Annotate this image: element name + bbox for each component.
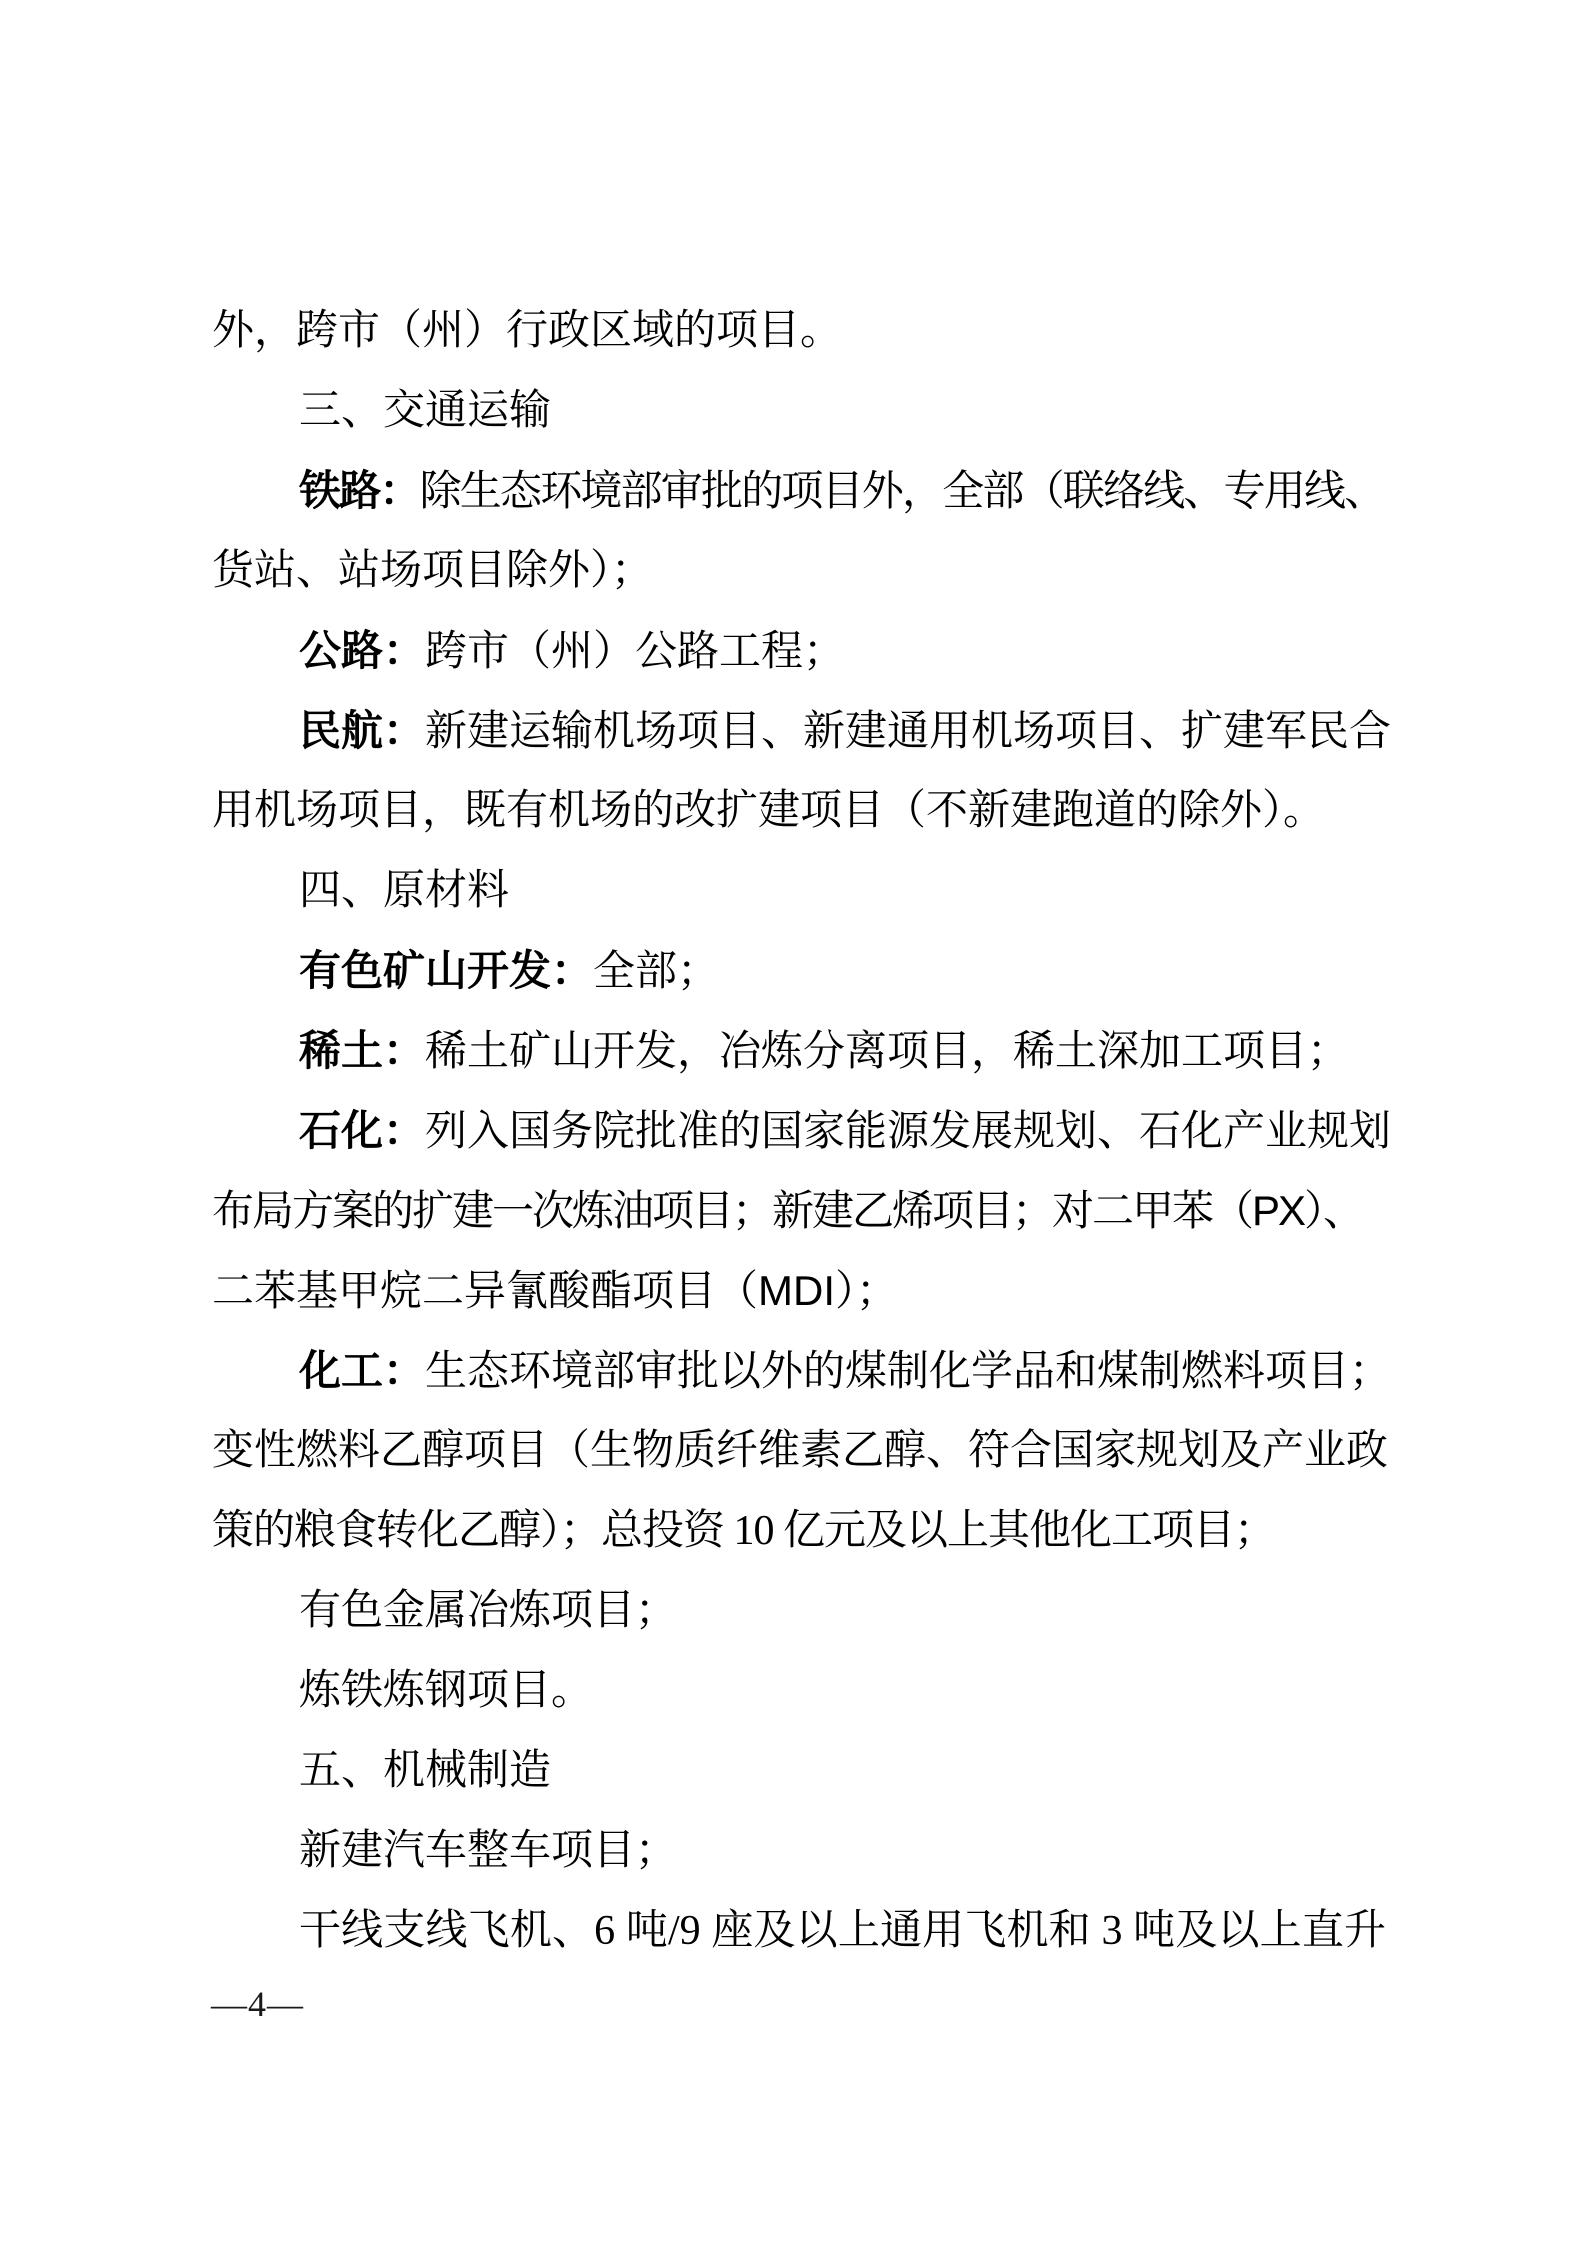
text-segment: 三、交通运输 (299, 388, 551, 434)
text-segment: 除生态环境部审批的项目外，全部（联络线、专用线、 (420, 469, 1385, 515)
text-segment: MDI (758, 1267, 835, 1314)
text-segment: 用机场项目，既有机场的改扩建项目（不新建跑道的除外）。 (212, 788, 1325, 834)
text-line: 化工：生态环境部审批以外的煤制化学品和煤制燃料项目； (212, 1331, 1386, 1411)
text-line: 外，跨市（州）行政区域的项目。 (212, 291, 1386, 371)
text-segment: 生态环境部审批以外的煤制化学品和煤制燃料项目； (425, 1349, 1391, 1395)
text-segment: 二苯基甲烷二异氰酸酯项目（ (212, 1269, 758, 1315)
text-line: 炼铁炼钢项目。 (212, 1651, 1386, 1731)
text-line: 货站、站场项目除外）； (212, 531, 1386, 611)
lead-in-term: 铁路： (299, 467, 420, 514)
text-segment: 新建运输机场项目、新建通用机场项目、扩建军民合 (425, 709, 1391, 755)
text-line: 稀土：稀土矿山开发，冶炼分离项目，稀土深加工项目； (212, 1011, 1386, 1091)
text-line: 五、机械制造 (212, 1731, 1386, 1811)
text-segment: 列入国务院批准的国家能源发展规划、石化产业规划 (425, 1109, 1391, 1155)
text-line: 有色金属冶炼项目； (212, 1571, 1386, 1651)
lead-in-term: 民航： (299, 707, 425, 754)
page-number: —4— (211, 1982, 304, 2026)
text-line: 用机场项目，既有机场的改扩建项目（不新建跑道的除外）。 (212, 771, 1386, 851)
text-line: 三、交通运输 (212, 371, 1386, 451)
text-line: 变性燃料乙醇项目（生物质纤维素乙醇、符合国家规划及产业政 (212, 1411, 1386, 1491)
lead-in-term: 有色矿山开发： (299, 947, 593, 994)
text-line: 石化：列入国务院批准的国家能源发展规划、石化产业规划 (212, 1091, 1386, 1171)
text-line: 铁路：除生态环境部审批的项目外，全部（联络线、专用线、 (212, 451, 1386, 531)
text-line: 新建汽车整车项目； (212, 1811, 1386, 1891)
text-segment: PX (1252, 1187, 1304, 1234)
text-segment: 炼铁炼钢项目。 (299, 1668, 593, 1714)
lead-in-term: 化工： (299, 1347, 425, 1394)
text-segment: 全部； (593, 949, 719, 995)
text-line: 四、原材料 (212, 851, 1386, 931)
text-segment: 干线支线飞机、6 吨/9 座及以上通用飞机和 3 吨及以上直升 (299, 1908, 1386, 1954)
text-segment: 有色金属冶炼项目； (299, 1588, 677, 1634)
text-line: 策的粮食转化乙醇）；总投资 10 亿元及以上其他化工项目； (212, 1491, 1386, 1571)
text-line: 有色矿山开发：全部； (212, 931, 1386, 1011)
text-segment: 稀土矿山开发，冶炼分离项目，稀土深加工项目； (425, 1029, 1349, 1075)
lead-in-term: 公路： (299, 627, 425, 674)
text-line: 公路：跨市（州）公路工程； (212, 611, 1386, 691)
text-segment: 跨市（州）公路工程； (425, 629, 845, 675)
text-segment: 五、机械制造 (299, 1748, 551, 1794)
text-segment: 布局方案的扩建一次炼油项目；新建乙烯项目；对二甲苯（ (212, 1189, 1252, 1235)
text-segment: 四、原材料 (299, 868, 509, 914)
text-line: 干线支线飞机、6 吨/9 座及以上通用飞机和 3 吨及以上直升 (212, 1891, 1386, 1971)
text-segment: ）； (835, 1269, 898, 1315)
text-segment: 货站、站场项目除外）； (212, 548, 653, 594)
text-line: 布局方案的扩建一次炼油项目；新建乙烯项目；对二甲苯（PX）、 (212, 1171, 1386, 1251)
text-segment: 外，跨市（州）行政区域的项目。 (212, 308, 842, 354)
text-line: 二苯基甲烷二异氰酸酯项目（MDI）； (212, 1251, 1386, 1331)
text-segment: 新建汽车整车项目； (299, 1828, 677, 1874)
text-segment: 变性燃料乙醇项目（生物质纤维素乙醇、符合国家规划及产业政 (212, 1428, 1388, 1474)
text-segment: ）、 (1304, 1189, 1363, 1235)
text-segment: 策的粮食转化乙醇）；总投资 10 亿元及以上其他化工项目； (212, 1508, 1275, 1554)
document-page: 外，跨市（州）行政区域的项目。三、交通运输铁路：除生态环境部审批的项目外，全部（… (0, 0, 1587, 2245)
text-line: 民航：新建运输机场项目、新建通用机场项目、扩建军民合 (212, 691, 1386, 771)
lead-in-term: 石化： (299, 1107, 425, 1154)
text-body: 外，跨市（州）行政区域的项目。三、交通运输铁路：除生态环境部审批的项目外，全部（… (212, 291, 1386, 1971)
lead-in-term: 稀土： (299, 1027, 425, 1074)
